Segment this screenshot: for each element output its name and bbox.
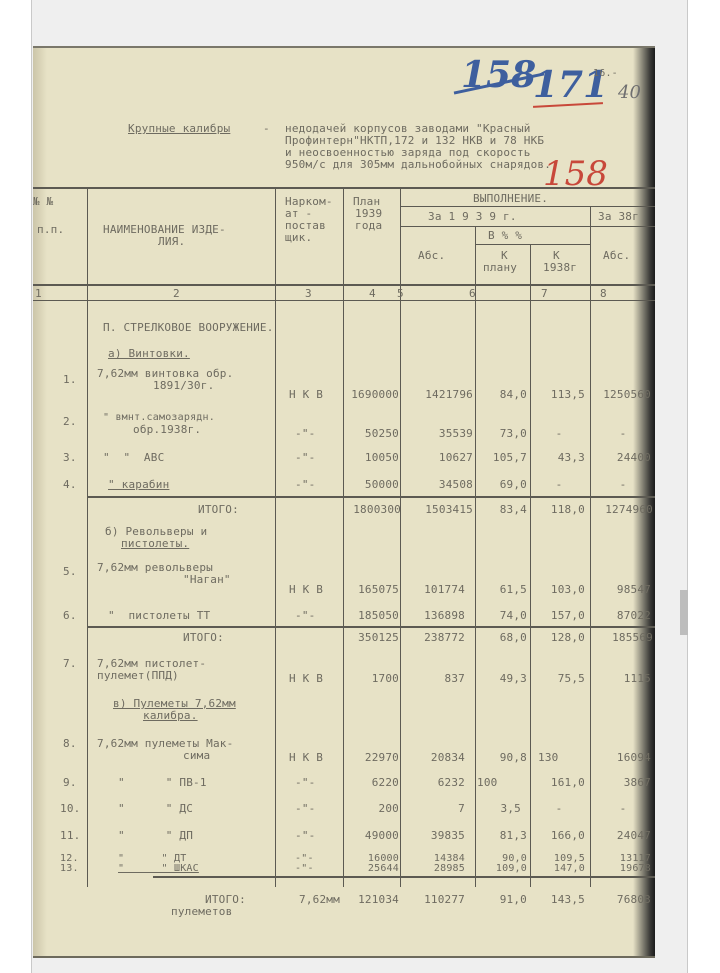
- col-number-4: 4: [369, 288, 376, 300]
- row-1-number: 1.: [63, 374, 77, 386]
- row-10-number: 10.: [60, 803, 80, 815]
- row-1-plan: 1690000: [343, 389, 399, 401]
- row-3-plan: 10050: [343, 452, 399, 464]
- total-machine-guns-abs-38: 76803: [585, 894, 651, 906]
- subtotal-border-revolvers: [87, 626, 655, 628]
- row-9-number: 9.: [63, 777, 77, 789]
- row-13-abs: 28985: [403, 864, 465, 873]
- row-4-plan: 50000: [343, 479, 399, 491]
- row-13-name: " " ШКАС: [118, 864, 199, 873]
- header-num-2: п.п.: [37, 224, 64, 236]
- total-rifles-pct-plan: 83,4: [478, 504, 527, 516]
- header-bottom-border: [33, 284, 655, 286]
- heading-dash: -: [263, 123, 270, 135]
- row-6-abs-38: 87022: [585, 610, 651, 622]
- row-10-supplier: -"-: [295, 803, 315, 815]
- row-4-abs-38: -: [593, 479, 653, 491]
- row-5-plan: 165075: [343, 584, 399, 596]
- row-13-plan: 25644: [343, 864, 399, 873]
- row-3-pct-1938: 43,3: [533, 452, 585, 464]
- row-12-abs: 14384: [403, 854, 465, 863]
- row-2-abs-38: -: [593, 428, 653, 440]
- row-12-supplier: -"-: [295, 854, 314, 863]
- heading-label: Крупные калибры: [128, 123, 230, 135]
- row-3-supplier: -"-: [295, 452, 315, 464]
- row-8-pct-plan: 90,8: [478, 752, 527, 764]
- pencil-annotation: 40: [618, 82, 641, 103]
- row-2-plan: 50250: [343, 428, 399, 440]
- row-9-abs: 6232: [403, 777, 465, 789]
- row-5-number: 5.: [63, 566, 77, 578]
- row-2-name-2: обр.1938г.: [133, 424, 201, 436]
- row-5-abs-38: 98547: [585, 584, 651, 596]
- row-5-pct-1938: 103,0: [533, 584, 585, 596]
- row-6-pct-1938: 157,0: [533, 610, 585, 622]
- header-plan-3: года: [355, 220, 382, 232]
- row-10-pct-1938: -: [533, 803, 585, 815]
- col-number-3: 3: [305, 288, 312, 300]
- total-machine-guns-plan: 121034: [343, 894, 399, 906]
- row-12-pct-1938: 109,5: [533, 854, 585, 863]
- total-machine-guns-caliber: 7,62мм: [299, 894, 340, 906]
- row-5-abs: 101774: [403, 584, 465, 596]
- col-divider-6: [530, 244, 531, 887]
- header-to-1938-2: 1938г: [543, 262, 577, 274]
- row-12-name: " " ДТ: [118, 854, 186, 863]
- row-2-pct-plan: 73,0: [478, 428, 527, 440]
- row-6-name: " пистолеты ТТ: [108, 610, 210, 622]
- col-number-7: 7: [541, 288, 548, 300]
- col-number-8: 8: [600, 288, 607, 300]
- heading-line-4: 950м/с для 305мм дальнобойных снарядов.: [285, 159, 551, 171]
- row-1-pct-1938: 113,5: [533, 389, 585, 401]
- row-9-abs-38: 3867: [585, 777, 651, 789]
- total-rifles-abs: 1503415: [403, 504, 473, 516]
- table-top-border: [33, 187, 655, 189]
- row-2-supplier: -"-: [295, 428, 315, 440]
- row-9-supplier: -"-: [295, 777, 315, 789]
- total-machine-guns-label-2: пулеметов: [171, 906, 232, 918]
- header-year-1938: За 38г: [598, 211, 639, 223]
- total-machine-guns-pct-plan: 91,0: [478, 894, 527, 906]
- row-10-abs: 7: [403, 803, 465, 815]
- row-4-supplier: -"-: [295, 479, 315, 491]
- row-7-supplier: Н К В: [289, 673, 323, 685]
- row-11-supplier: -"-: [295, 830, 315, 842]
- header-abs: Абс.: [418, 250, 445, 262]
- row-8-name-2: сима: [183, 750, 210, 762]
- total-revolvers-abs: 238772: [403, 632, 465, 644]
- row-9-pct-plan: 100: [477, 777, 497, 789]
- col-number-6: 6: [469, 288, 476, 300]
- row-11-pct-1938: 166,0: [533, 830, 585, 842]
- row-11-name: " " ДП: [118, 830, 193, 842]
- vertical-scrollbar[interactable]: [680, 590, 688, 635]
- total-rifles-label: ИТОГО:: [198, 504, 239, 516]
- row-9-pct-1938: 161,0: [533, 777, 585, 789]
- row-3-number: 3.: [63, 452, 77, 464]
- row-13-pct-plan: 109,0: [478, 864, 527, 873]
- row-13-abs-38: 19678: [585, 864, 651, 873]
- row-10-plan: 200: [343, 803, 399, 815]
- subsection-revolvers-2: пистолеты.: [121, 538, 189, 550]
- row-3-abs-38: 24400: [585, 452, 651, 464]
- row-11-plan: 49000: [343, 830, 399, 842]
- total-revolvers-pct-1938: 128,0: [533, 632, 585, 644]
- header-to-plan-2: плану: [483, 262, 517, 274]
- col-divider-1: [87, 187, 88, 887]
- subtotal-border-rifles: [87, 496, 655, 498]
- execution-header-border: [400, 206, 655, 207]
- row-8-name-1: 7,62мм пулеметы Мак-: [97, 738, 233, 750]
- row-4-abs: 34508: [403, 479, 473, 491]
- row-5-pct-plan: 61,5: [478, 584, 527, 596]
- total-rifles-plan: 1800300: [339, 504, 401, 516]
- total-revolvers-abs-38: 185569: [585, 632, 653, 644]
- year-header-border: [400, 226, 655, 227]
- subsection-machine-guns-2: калибра.: [143, 710, 198, 722]
- col-number-1: 1: [35, 288, 42, 300]
- row-7-name-2: пулемет(ППД): [97, 670, 179, 682]
- subtotal-border-machine-guns: [153, 876, 655, 878]
- row-11-abs: 39835: [403, 830, 465, 842]
- row-6-pct-plan: 74,0: [478, 610, 527, 622]
- col-number-5: 5: [397, 288, 404, 300]
- row-4-pct-plan: 69,0: [478, 479, 527, 491]
- row-6-number: 6.: [63, 610, 77, 622]
- row-1-abs-38: 1250560: [585, 389, 651, 401]
- total-revolvers-label: ИТОГО:: [183, 632, 224, 644]
- row-4-number: 4.: [63, 479, 77, 491]
- page-number: 16.-: [593, 68, 618, 80]
- total-machine-guns-abs: 110277: [403, 894, 465, 906]
- scanned-document-page: 158 171 16.- 40 158 Крупные калибры - не…: [33, 46, 655, 958]
- row-1-name-2: 1891/30г.: [153, 380, 214, 392]
- row-3-pct-plan: 105,7: [478, 452, 527, 464]
- row-8-plan: 22970: [343, 752, 399, 764]
- row-8-abs-38: 16094: [585, 752, 651, 764]
- row-4-pct-1938: -: [533, 479, 585, 491]
- row-3-name: " " АВС: [103, 452, 164, 464]
- row-7-plan: 1700: [343, 673, 399, 685]
- section-title: П. СТРЕЛКОВОЕ ВООРУЖЕНИЕ.: [103, 322, 274, 334]
- row-11-abs-38: 24047: [585, 830, 651, 842]
- row-1-supplier: Н К В: [289, 389, 323, 401]
- subsection-rifles: а) Винтовки.: [108, 348, 190, 360]
- row-2-abs: 35539: [403, 428, 473, 440]
- row-1-abs: 1421796: [403, 389, 473, 401]
- row-10-name: " " ДС: [118, 803, 193, 815]
- header-name-2: ЛИЯ.: [158, 236, 185, 248]
- row-8-pct-1938: 130: [538, 752, 558, 764]
- header-year-1939: За 1 9 3 9 г.: [428, 211, 517, 223]
- total-rifles-abs-38: 1274960: [585, 504, 653, 516]
- column-number-row-border: [33, 300, 655, 301]
- row-3-abs: 10627: [403, 452, 473, 464]
- header-num-1: № №: [33, 196, 53, 208]
- row-12-number: 12.: [60, 854, 79, 863]
- row-8-number: 8.: [63, 738, 77, 750]
- row-8-supplier: Н К В: [289, 752, 323, 764]
- row-7-number: 7.: [63, 658, 77, 670]
- header-percent: В % %: [488, 230, 522, 242]
- row-10-abs-38: -: [593, 803, 653, 815]
- row-4-name: " карабин: [108, 479, 169, 491]
- row-5-supplier: Н К В: [289, 584, 323, 596]
- row-9-name: " " ПВ-1: [118, 777, 207, 789]
- row-7-abs-38: 1115: [585, 673, 651, 685]
- row-13-number: 13.: [60, 864, 79, 873]
- row-7-pct-1938: 75,5: [533, 673, 585, 685]
- row-6-abs: 136898: [403, 610, 465, 622]
- row-12-plan: 16000: [343, 854, 399, 863]
- col-divider-5: [475, 226, 476, 887]
- row-12-pct-plan: 90,0: [478, 854, 527, 863]
- row-9-plan: 6220: [343, 777, 399, 789]
- header-execution: ВЫПОЛНЕНИЕ.: [473, 193, 548, 205]
- row-8-abs: 20834: [403, 752, 465, 764]
- row-13-pct-1938: 147,0: [533, 864, 585, 873]
- total-revolvers-plan: 350125: [343, 632, 399, 644]
- total-rifles-pct-1938: 118,0: [531, 504, 585, 516]
- header-abs-38: Абс.: [603, 250, 630, 262]
- col-number-2: 2: [173, 288, 180, 300]
- row-6-plan: 185050: [343, 610, 399, 622]
- row-12-abs-38: 13117: [585, 854, 651, 863]
- row-10-pct-plan: 3,5: [478, 803, 521, 815]
- total-revolvers-pct-plan: 68,0: [478, 632, 527, 644]
- row-7-abs: 837: [403, 673, 465, 685]
- row-2-pct-1938: -: [533, 428, 585, 440]
- row-5-name-2: "Наган": [183, 574, 231, 586]
- col-divider-2: [275, 187, 276, 887]
- row-6-supplier: -"-: [295, 610, 315, 622]
- percent-header-border: [475, 244, 590, 245]
- row-1-pct-plan: 84,0: [478, 389, 527, 401]
- row-2-number: 2.: [63, 416, 77, 428]
- row-11-pct-plan: 81,3: [478, 830, 527, 842]
- row-11-number: 11.: [60, 830, 80, 842]
- total-machine-guns-pct-1938: 143,5: [533, 894, 585, 906]
- row-7-pct-plan: 49,3: [478, 673, 527, 685]
- header-supplier-4: щик.: [285, 232, 312, 244]
- row-13-supplier: -"-: [295, 864, 314, 873]
